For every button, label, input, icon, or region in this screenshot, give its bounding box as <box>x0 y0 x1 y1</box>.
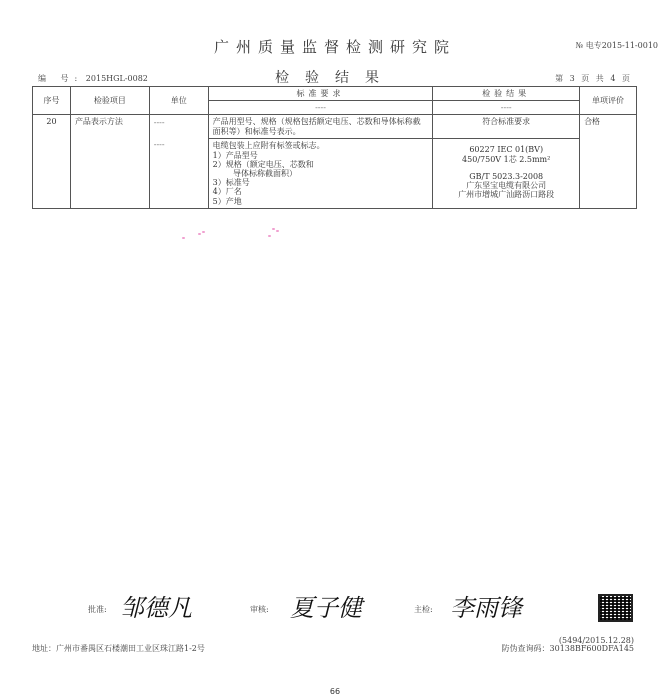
row-result-1: 符合标准要求 <box>433 115 580 139</box>
row-seq: 20 <box>33 115 71 208</box>
result-line: 广州市增城广汕路沥口路段 <box>437 190 575 199</box>
row-result-2: 60227 IEC 01(BV) 450/750V 1芯 2.5mm² GB/T… <box>433 139 580 208</box>
address: 地址：广州市番禺区石楼潮田工业区珠江路1-2号 <box>32 643 205 654</box>
header-evaluation: 单项评价 <box>580 87 637 115</box>
table-row: 20 产品表示方法 ---- ---- 产品用型号、规格（规格包括额定电压、芯数… <box>33 115 637 139</box>
table-header-row: 序号 检验项目 单位 标准要求 检验结果 单项评价 <box>33 87 637 101</box>
approve-signature: 邹德凡 <box>120 588 192 623</box>
inspector-signature: 李雨锋 <box>450 588 522 623</box>
std-list-item: 2）规格（额定电压、芯数和 <box>213 160 429 169</box>
header-result-sub: ---- <box>433 101 580 115</box>
document-number: № 电专2015-11-0010 <box>576 40 658 51</box>
review-signature: 夏子健 <box>290 588 362 623</box>
page-info: 第 3 页 共 4 页 <box>555 73 630 84</box>
page-number: 66 <box>0 687 670 696</box>
row-standard-1: 产品用型号、规格（规格包括额定电压、芯数和导体标称截面积等）和标准号表示。 <box>208 115 433 139</box>
header-result: 检验结果 <box>433 87 580 101</box>
qr-code-icon <box>598 594 633 622</box>
organization-title: 广州质量监督检测研究院 <box>0 36 670 57</box>
std-list-item: 4）厂名 <box>213 187 429 196</box>
review-label: 审核: <box>250 604 269 615</box>
row-item: 产品表示方法 <box>70 115 149 208</box>
inspector-label: 主检: <box>414 604 433 615</box>
result-line: 广东坚宝电缆有限公司 <box>437 181 575 190</box>
faint-stamp-marks <box>180 225 340 255</box>
result-line: GB/T 5023.3-2008 <box>437 172 575 181</box>
inspection-results-table: 序号 检验项目 单位 标准要求 检验结果 单项评价 ---- ---- 20 产… <box>32 86 637 209</box>
header-item: 检验项目 <box>70 87 149 115</box>
std-list-item: 5）产地 <box>213 197 429 206</box>
row-standard-2-intro: 电缆包装上应附有标签或标志。 <box>213 141 429 150</box>
std-list-item: 3）标准号 <box>213 178 429 187</box>
std-list-item: 1）产品型号 <box>213 151 429 160</box>
header-standard: 标准要求 <box>208 87 433 101</box>
result-spacer <box>437 164 575 172</box>
row-unit: ---- ---- <box>149 115 208 208</box>
row-evaluation: 合格 <box>580 115 637 208</box>
result-line: 450/750V 1芯 2.5mm² <box>437 155 575 164</box>
row-standard-2: 电缆包装上应附有标签或标志。 1）产品型号 2）规格（额定电压、芯数和 导体标称… <box>208 139 433 208</box>
anti-fake-code: 防伪查询码：30138BF600DFA145 <box>502 643 634 654</box>
header-seq: 序号 <box>33 87 71 115</box>
row-unit-2: ---- <box>154 140 204 149</box>
std-list-item: 导体标称截面积） <box>213 169 429 178</box>
header-standard-sub: ---- <box>208 101 433 115</box>
row-unit-1: ---- <box>154 118 204 127</box>
header-unit: 单位 <box>149 87 208 115</box>
approve-label: 批准: <box>88 604 107 615</box>
result-line: 60227 IEC 01(BV) <box>437 145 575 154</box>
